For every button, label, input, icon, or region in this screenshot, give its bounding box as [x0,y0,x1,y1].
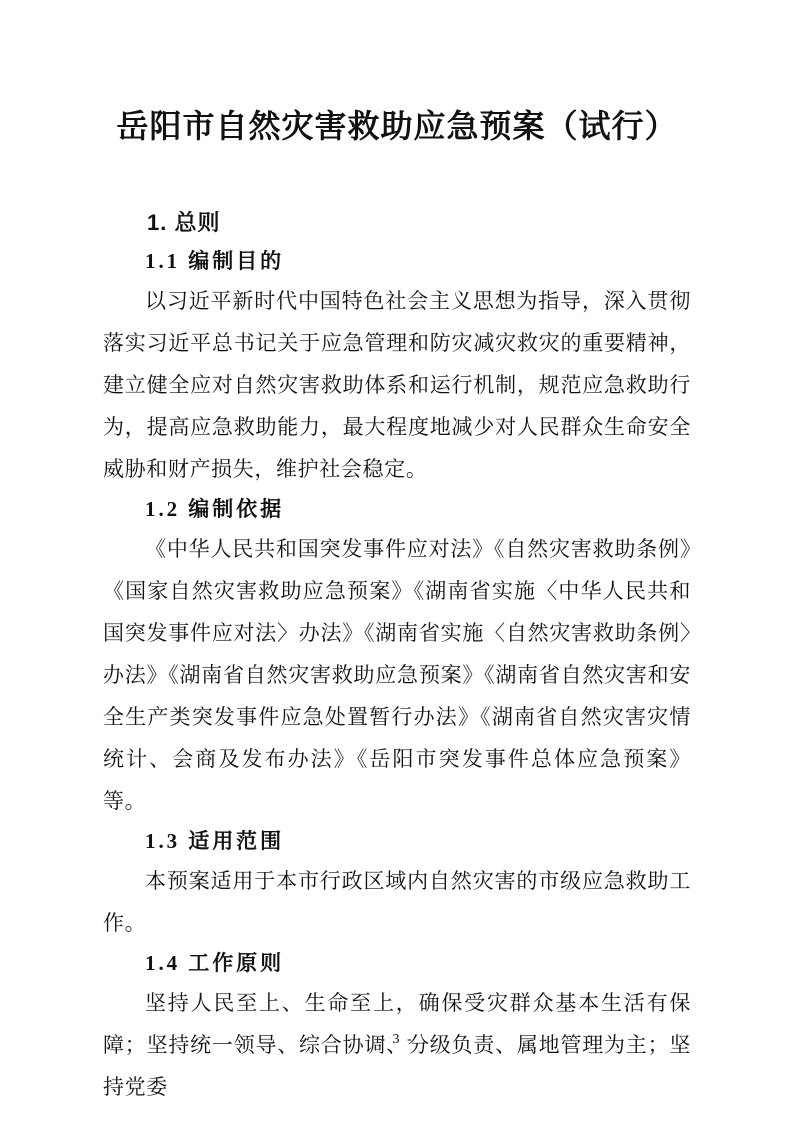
document-title: 岳阳市自然灾害救助应急预案（试行） [103,106,691,146]
subsection-heading-compilation-purpose: 1.1 编制目的 [103,242,691,280]
paragraph-scope-of-application: 本预案适用于本市行政区域内自然灾害的市级应急救助工作。 [103,860,691,944]
subsection-heading-scope-of-application: 1.3 适用范围 [103,822,691,860]
section-heading-general-provisions: 1. 总则 [103,204,691,242]
subsection-heading-compilation-basis: 1.2 编制依据 [103,490,691,528]
document-page: 岳阳市自然灾害救助应急预案（试行） 1. 总则 1.1 编制目的 以习近平新时代… [0,0,794,1122]
subsection-heading-working-principles: 1.4 工作原则 [103,944,691,982]
paragraph-compilation-basis: 《中华人民共和国突发事件应对法》《自然灾害救助条例》《国家自然灾害救助应急预案》… [103,528,691,822]
page-number: - 3 - [0,1032,794,1048]
paragraph-compilation-purpose: 以习近平新时代中国特色社会主义思想为指导，深入贯彻落实习近平总书记关于应急管理和… [103,280,691,490]
